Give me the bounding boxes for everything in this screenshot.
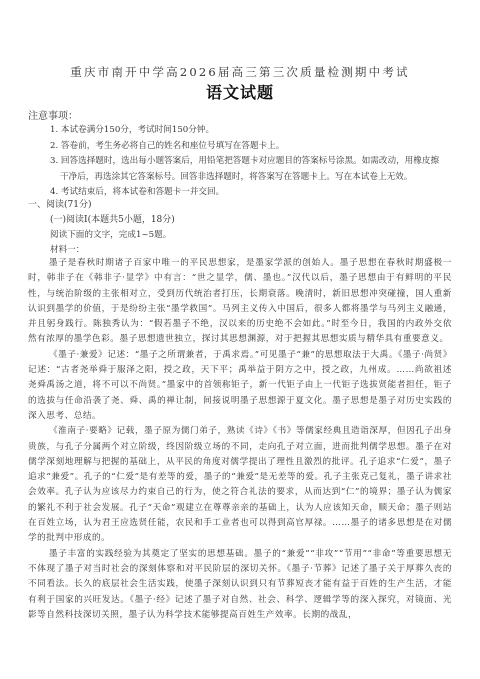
reading-passage: 墨子是春秋时期诸子百家中唯一的平民思想家，是墨家学派的创始人。墨子思想在春秋时期… — [28, 256, 452, 623]
passage-paragraph: 墨子丰富的实践经验为其奠定了坚实的思想基础。墨子的“兼爱”“非攻”“节用”“非命… — [28, 547, 452, 623]
notice-item-text: 2. 答卷前，考生务必将自己的姓名和座位号填写在答题卡上。 — [50, 141, 284, 151]
material-label: 材料一： — [50, 243, 84, 255]
notice-item-text: 4. 考试结束后，将本试卷和答题卡一并交回。 — [50, 187, 224, 197]
notice-heading: 注意事项： — [28, 107, 78, 122]
notice-item: 3. 回答选择题时，选出每小题答案后，用铅笔把答题卡对应题目的答案标号涂黑。如需… — [50, 154, 460, 185]
section-heading: 一、阅读(71分) — [28, 197, 91, 210]
notice-item: 2. 答卷前，考生务必将自己的姓名和座位号填写在答题卡上。 — [50, 139, 460, 155]
exam-name-header: 重庆市南开中学高2026届高三第三次质量检测期中考试 — [0, 64, 480, 80]
notice-item: 1. 本试卷满分150分，考试时间150分钟。 — [50, 123, 460, 139]
exam-page: 重庆市南开中学高2026届高三第三次质量检测期中考试 语文试题 注意事项： 1.… — [0, 0, 480, 679]
subsection-heading: (一)阅读Ⅰ(本题共5小题，18分) — [50, 212, 175, 225]
notice-list: 1. 本试卷满分150分，考试时间150分钟。 2. 答卷前，考生务必将自己的姓… — [50, 123, 460, 201]
notice-item-continuation: 干净后，再选涂其它答案标号。回答非选择题时，将答案写在答题卡上。写在本试卷上无效… — [50, 170, 460, 186]
passage-paragraph: 《淮南子·要略》记载，墨子原为儒门弟子，熟读《诗》《书》等儒家经典且造诣深厚，但… — [28, 424, 452, 546]
notice-item: 4. 考试结束后，将本试卷和答题卡一并交回。 — [50, 185, 460, 201]
reading-instruction: 阅读下面的文字，完成1~5题。 — [50, 228, 171, 240]
subject-title: 语文试题 — [0, 80, 480, 103]
passage-paragraph: 墨子是春秋时期诸子百家中唯一的平民思想家，是墨家学派的创始人。墨子思想在春秋时期… — [28, 256, 452, 348]
notice-item-text: 3. 回答选择题时，选出每小题答案后，用铅笔把答题卡对应题目的答案标号涂黑。如需… — [50, 156, 439, 166]
passage-paragraph: 《墨子·兼爱》记述：“墨子之所谓兼者，于禹求焉。”可见墨子“兼”的思想取法于大禹… — [28, 348, 452, 424]
notice-item-text: 1. 本试卷满分150分，考试时间150分钟。 — [50, 125, 214, 135]
